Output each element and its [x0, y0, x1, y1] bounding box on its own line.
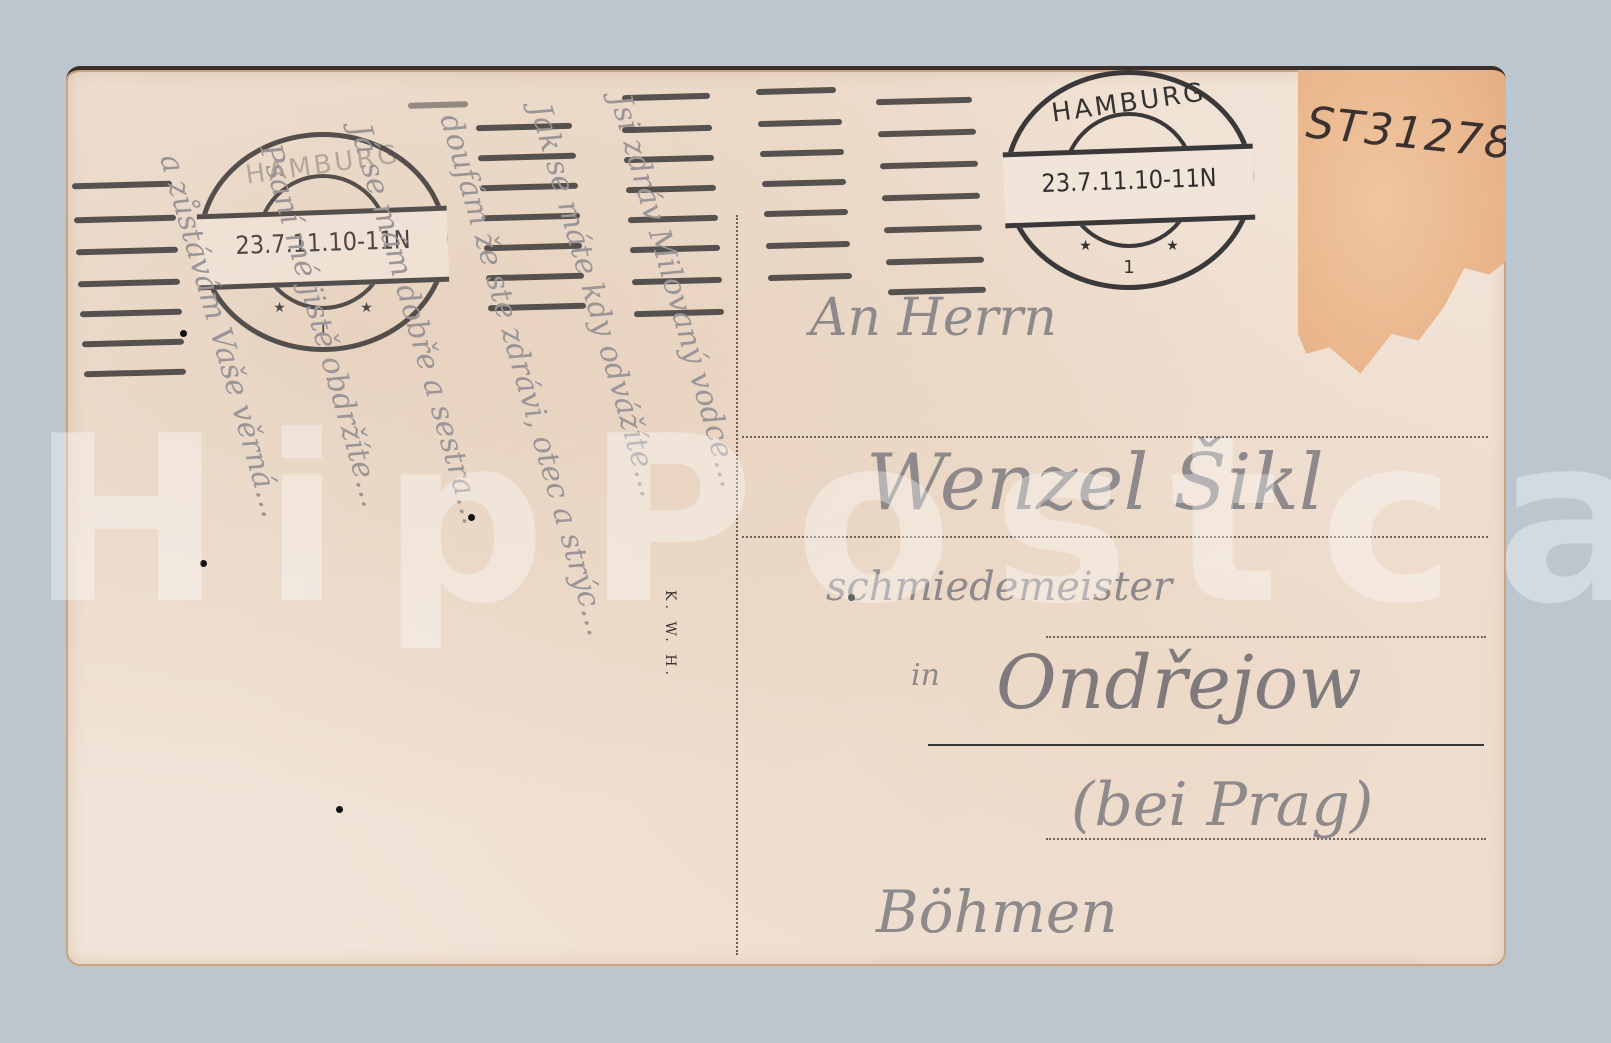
- ink-speck: [180, 330, 187, 337]
- postmark-stars-icon: ★ ★: [1004, 238, 1254, 254]
- ink-speck: [468, 514, 475, 521]
- ink-speck: [848, 594, 855, 601]
- address-region: Böhmen: [876, 878, 1118, 946]
- address-line-3: [1046, 636, 1486, 638]
- ink-speck: [200, 560, 207, 567]
- handwritten-message: Jsi zdráv Milovaný vodce… Jak se máte kd…: [76, 80, 716, 960]
- address-name: Wenzel Šikl: [866, 438, 1324, 528]
- vertical-divider: [736, 215, 738, 955]
- message-line: doufám že ste zdrávi, otec a strýc…: [432, 110, 615, 640]
- address-line-2: [742, 536, 1488, 538]
- postmark-right: HAMBURG 23.7.11.10-11N ★ ★ 1: [1004, 70, 1254, 290]
- ink-speck: [336, 806, 343, 813]
- postcard-back: ST31278: [66, 66, 1506, 966]
- address-underline: [928, 744, 1484, 746]
- address-salutation: An Herrn: [810, 288, 1057, 348]
- address-town: Ondřejow: [996, 640, 1362, 726]
- address-occupation: schmiedemeister: [826, 564, 1172, 610]
- address-place-prefix: in: [911, 658, 940, 693]
- postmark-office: 1: [1004, 257, 1254, 278]
- address-town-note: (bei Prag): [1071, 770, 1373, 840]
